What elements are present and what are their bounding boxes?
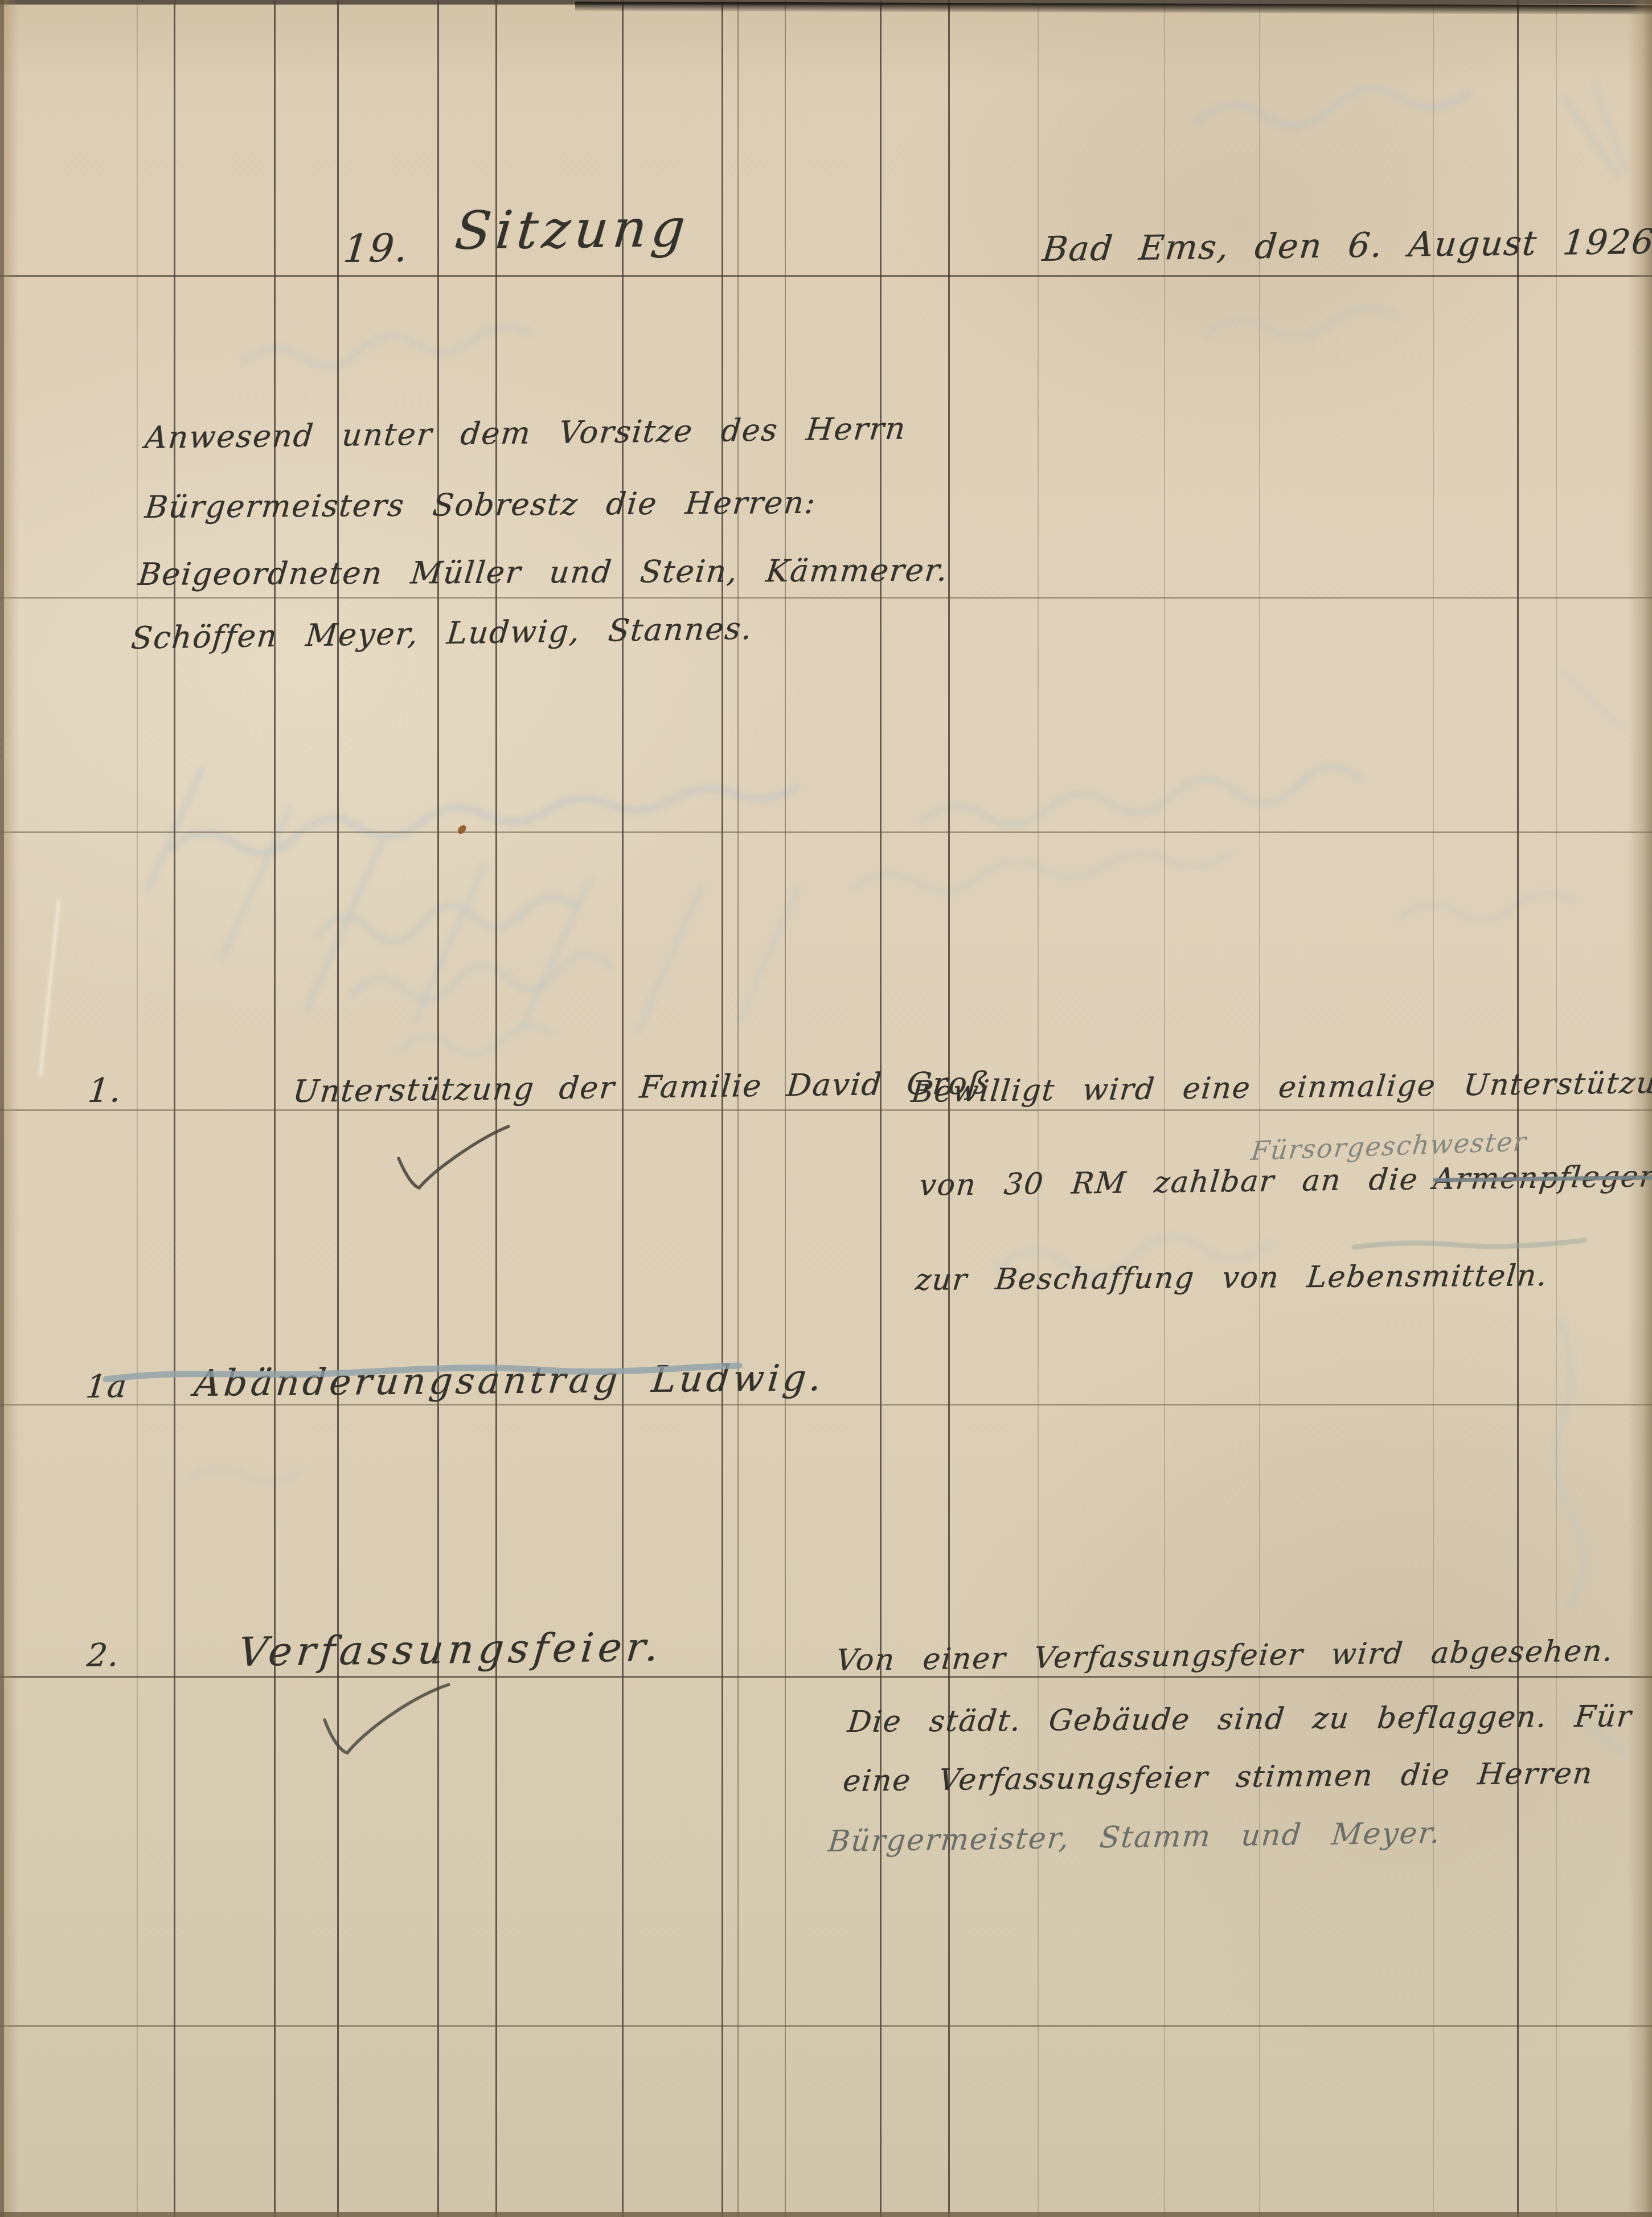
vertical-rule	[437, 0, 439, 2217]
session-title: Sitzung	[453, 202, 692, 257]
vertical-rule	[785, 0, 786, 2217]
strikethrough-mark	[103, 1358, 743, 1392]
vertical-rule	[737, 0, 739, 2217]
ledger-page: 19. Sitzung Bad Ems, den 6. August 1926.…	[0, 0, 1652, 2217]
item-1-decision-line-1: Bewilligt wird eine einmalige Unterstütz…	[910, 1068, 1652, 1107]
vertical-rule	[1517, 0, 1519, 2217]
horizontal-rule	[0, 831, 1652, 833]
page-binding-shade	[4, 0, 19, 2217]
item-1-decision-line-3: zur Beschaffung von Lebensmitteln.	[914, 1261, 1549, 1295]
horizontal-rule	[0, 275, 1652, 277]
pencil-smudge	[1350, 1235, 1589, 1257]
vertical-rule	[274, 0, 276, 2217]
vertical-rule	[137, 0, 138, 2217]
vertical-rule	[880, 0, 882, 2217]
item-2-decision-line-3: eine Verfassungsfeier stimmen die Herren	[842, 1759, 1594, 1796]
attendance-line-1: Anwesend unter dem Vorsitze des Herrn	[144, 413, 908, 453]
vertical-rule	[1433, 0, 1434, 2217]
item-2-heading: Verfassungsfeier.	[237, 1627, 665, 1672]
vertical-rule	[622, 0, 624, 2217]
page-left-edge	[0, 0, 4, 2217]
attendance-line-4: Schöffen Meyer, Ludwig, Stannes.	[130, 613, 754, 654]
vertical-rule	[174, 0, 175, 2217]
item-2-decision-line-1: Von einer Verfassungsfeier wird abgesehe…	[835, 1636, 1615, 1675]
vertical-rule	[1259, 0, 1260, 2217]
vertical-rule	[495, 0, 497, 2217]
vertical-rule	[722, 0, 723, 2217]
item-2-decision-line-4: Bürgermeister, Stamm und Meyer.	[827, 1818, 1442, 1857]
vertical-rule	[1038, 0, 1039, 2217]
horizontal-rule	[0, 2025, 1652, 2027]
horizontal-rule	[0, 1109, 1652, 1111]
horizontal-rule	[0, 1676, 1652, 1678]
struck-word: Armenpflegerin	[1432, 1159, 1652, 1196]
bleed-through-ghost-writing	[0, 0, 1652, 2217]
session-number: 19.	[342, 230, 410, 269]
horizontal-rule	[0, 597, 1652, 599]
page-bottom-edge	[0, 2212, 1652, 2217]
item-1-number: 1.	[87, 1073, 124, 1107]
item-1-heading: Unterstützung der Familie David Groß	[292, 1068, 991, 1107]
attendance-line-3: Beigeordneten Müller und Stein, Kämmerer…	[137, 555, 950, 590]
item-1-decision-line-2: von 30 RM zahlbar an dieArmenpflegerin	[918, 1162, 1652, 1200]
attendance-line-2: Bürgermeisters Sobrestz die Herren:	[144, 487, 818, 523]
dateline: Bad Ems, den 6. August 1926.	[1041, 225, 1652, 267]
checkmark-icon	[392, 1123, 514, 1191]
vertical-rule	[1556, 0, 1557, 2217]
decision-text: von 30 RM zahlbar an die	[918, 1162, 1420, 1203]
page-right-edge	[1628, 0, 1652, 2217]
vertical-rule	[1164, 0, 1165, 2217]
checkmark-icon	[317, 1680, 456, 1757]
item-2-decision-line-2: Die städt. Gebäude sind zu beflaggen. Fü…	[846, 1702, 1634, 1737]
item-2-number: 2.	[85, 1640, 121, 1672]
